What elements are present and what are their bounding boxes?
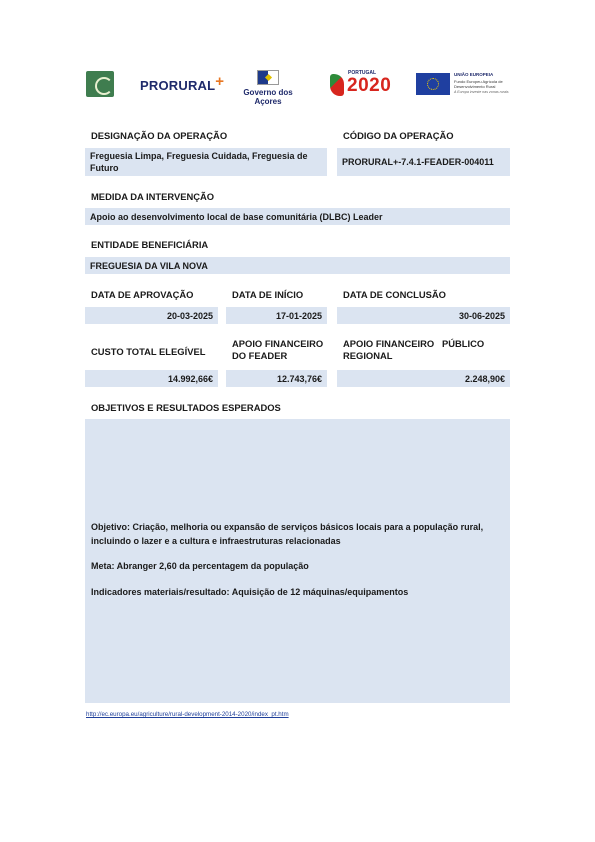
logo-strip: PRORURAL+ Governo dos Açores PORTUGAL 20… [84,68,514,102]
medida-label: MEDIDA DA INTERVENÇÃO [91,191,214,203]
ue-motto: A Europa investe nas zonas rurais [454,90,509,94]
custo-total-label: CUSTO TOTAL ELEGÍVEL [91,346,205,358]
meta-paragraph: Meta: Abranger 2,60 da percentagem da po… [91,560,504,574]
objetivos-label: OBJETIVOS E RESULTADOS ESPERADOS [91,402,281,414]
azores-flag-icon [257,70,279,85]
apoio-regional-value: 2.248,90€ [337,370,510,387]
data-conclusao-value: 30-06-2025 [337,307,510,324]
ue-fund: Fundo Europeu Agrícola de Desenvolviment… [454,79,514,89]
uniao-europeia-logo: UNIÃO EUROPEIA Fundo Europeu Agrícola de… [416,72,512,102]
portugal-2020-logo: PORTUGAL 2020 [330,70,406,100]
objetivo-paragraph: Objetivo: Criação, melhoria ou expansão … [91,521,504,548]
codigo-label: CÓDIGO DA OPERAÇÃO [343,130,454,142]
leader-logo [86,71,114,97]
apoio-feader-value: 12.743,76€ [226,370,327,387]
prorural-plus: + [215,73,224,90]
indicadores-paragraph: Indicadores materiais/resultado: Aquisiç… [91,586,504,600]
prorural-text: PRORURAL [140,78,215,93]
portugal-2020-mark-icon [330,74,344,96]
data-aprovacao-label: DATA DE APROVAÇÃO [91,289,193,301]
ec-europa-link[interactable]: http://ec.europa.eu/agriculture/rural-de… [86,711,289,718]
ue-title: UNIÃO EUROPEIA [454,72,493,77]
governo-acores-logo: Governo dos Açores [230,70,306,100]
designacao-value: Freguesia Limpa, Freguesia Cuidada, Freg… [85,148,327,176]
entidade-label: ENTIDADE BENEFICIÁRIA [91,239,208,251]
eu-flag-icon [416,73,450,95]
apoio-regional-label: APOIO FINANCEIRO PÚBLICO REGIONAL [343,338,503,362]
data-inicio-label: DATA DE INÍCIO [232,289,303,301]
governo-text: Governo dos Açores [230,88,306,106]
entidade-value: FREGUESIA DA VILA NOVA [85,257,510,274]
custo-total-value: 14.992,66€ [85,370,218,387]
data-conclusao-label: DATA DE CONCLUSÃO [343,289,446,301]
designacao-label: DESIGNAÇÃO DA OPERAÇÃO [91,130,227,142]
objetivos-box: Objetivo: Criação, melhoria ou expansão … [85,419,510,703]
prorural-logo: PRORURAL+ [140,77,224,107]
codigo-value: PRORURAL+-7.4.1-FEADER-004011 [337,148,510,176]
data-inicio-value: 17-01-2025 [226,307,327,324]
medida-value: Apoio ao desenvolvimento local de base c… [85,208,510,225]
data-aprovacao-value: 20-03-2025 [85,307,218,324]
2020-text: 2020 [347,75,391,97]
apoio-feader-label: APOIO FINANCEIRO DO FEADER [232,338,328,362]
